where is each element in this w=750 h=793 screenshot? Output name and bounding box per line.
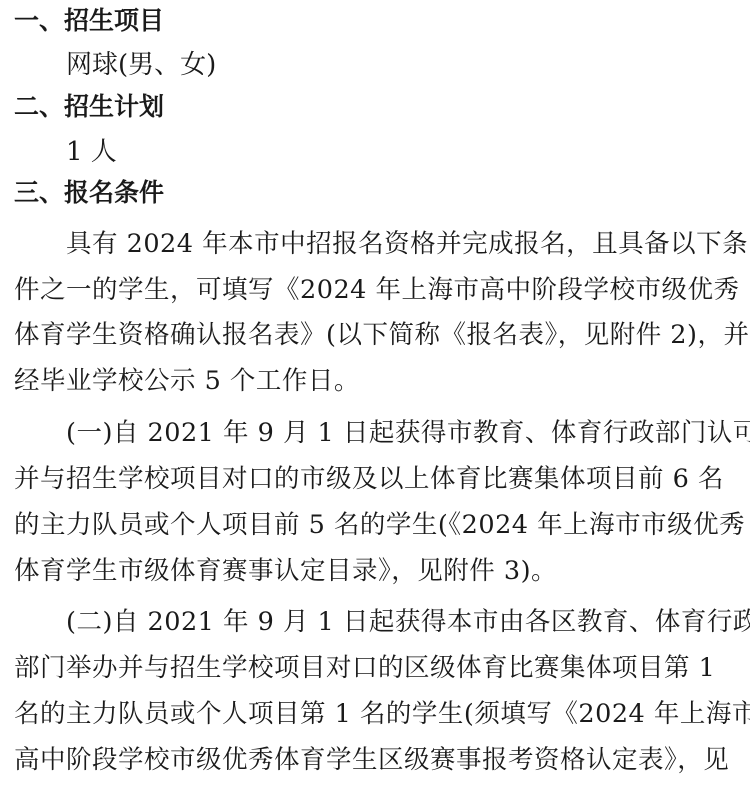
paragraph-line: 件之一的学生，可填写《2024 年上海市高中阶段学校市级优秀 — [14, 274, 740, 306]
paragraph-line: 名的主力队员或个人项目第 1 名的学生(须填写《2024 年上海市 — [14, 698, 750, 730]
paragraph-line: 并与招生学校项目对口的市级及以上体育比赛集体项目前 6 名 — [14, 463, 724, 495]
section-content-project: 网球(男、女) — [66, 49, 216, 81]
section-content-plan: 1 人 — [66, 136, 117, 168]
paragraph-line: 体育学生市级体育赛事认定目录》，见附件 3)。 — [14, 555, 557, 587]
section-heading-project: 一、招生项目 — [14, 5, 164, 37]
paragraph-line: 高中阶段学校市级优秀体育学生区级赛事报考资格认定表》，见 — [14, 744, 729, 776]
paragraph-line: 部门举办并与招生学校项目对口的区级体育比赛集体项目第 1 — [14, 652, 715, 684]
paragraph-line: 的主力队员或个人项目前 5 名的学生(《2024 年上海市市级优秀 — [14, 509, 745, 541]
paragraph-line: 具有 2024 年本市中招报名资格并完成报名，且具备以下条 — [66, 228, 748, 260]
paragraph-line: (二)自 2021 年 9 月 1 日起获得本市由各区教育、体育行政 — [66, 606, 750, 638]
paragraph-line: 体育学生资格确认报名表》(以下简称《报名表》，见附件 2)，并 — [14, 319, 749, 351]
section-heading-plan: 二、招生计划 — [14, 91, 164, 123]
paragraph-line: (一)自 2021 年 9 月 1 日起获得市教育、体育行政部门认可， — [66, 417, 750, 449]
paragraph-line: 经毕业学校公示 5 个工作日。 — [14, 365, 360, 397]
section-heading-conditions: 三、报名条件 — [14, 177, 164, 209]
